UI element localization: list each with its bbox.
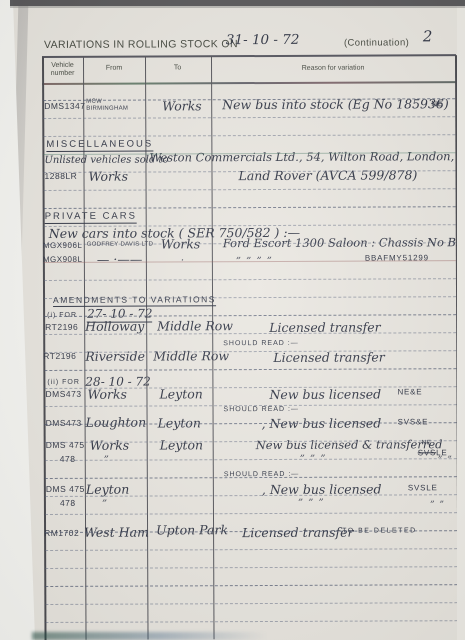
row-rule <box>45 584 457 587</box>
row-rule <box>45 476 457 479</box>
row-rule <box>44 206 456 209</box>
to-cell: Upton Park <box>156 523 228 536</box>
row-rule <box>44 278 456 281</box>
row-rule <box>45 512 457 515</box>
table-header-rule <box>42 81 456 85</box>
scan-content: VARIATIONS IN ROLLING STOCK ON 31- 10 - … <box>0 0 465 640</box>
vehicle-number: RT2196 <box>45 323 78 332</box>
scanned-ledger-page: VARIATIONS IN ROLLING STOCK ON 31- 10 - … <box>0 0 465 640</box>
vehicle-number: 1288LR <box>44 172 77 181</box>
vehicle-number: DMS1347 <box>44 102 85 111</box>
code-struck: SVS <box>418 448 436 457</box>
garage-code: SVSLE <box>408 484 438 493</box>
col-header-vehicle-1: Vehicle <box>42 62 83 70</box>
reason-cell: Licensed transfer <box>242 526 354 540</box>
section-heading-private-cars: PRIVATE CARS <box>45 212 137 224</box>
reason-ditto: ” ” ” <box>298 499 325 510</box>
reason-ditto: ” ” ” ” <box>236 257 273 268</box>
from-ditto-dash: — ·—— <box>97 253 143 266</box>
page-number: 2 <box>423 29 433 45</box>
from-cell: Leyton <box>86 483 129 496</box>
page-title: VARIATIONS IN ROLLING STOCK ON <box>44 39 238 51</box>
from-cell: Works <box>90 439 130 452</box>
from-ditto: ” <box>102 500 108 511</box>
garage-code: NE&E <box>397 388 422 396</box>
row-rule <box>44 368 456 371</box>
vehicle-number: DMS473 <box>45 390 81 399</box>
amendment-2-label: (ii) FOR <box>47 379 80 386</box>
to-cell: Middle Row <box>157 319 233 332</box>
continuation-label: (Continuation) <box>344 38 409 48</box>
scan-bottom-smudge <box>32 632 267 640</box>
col-header-vehicle-2: number <box>42 70 83 78</box>
reason-cell: New bus licensed <box>269 388 381 402</box>
reason-cell: Licensed transfer <box>273 350 385 364</box>
from-cell: BIRMINGHAM <box>86 106 128 112</box>
to-cell: Leyton <box>159 387 202 400</box>
section-heading-miscellaneous: MISCELLANEOUS <box>46 140 153 152</box>
reason-ditto: ” ” ” <box>300 455 327 466</box>
vehicle-number: RM1702 <box>44 529 79 538</box>
should-read-note: SHOULD READ :— <box>224 406 300 414</box>
col-header-from: From <box>83 65 145 73</box>
col-header-to: To <box>145 64 210 72</box>
vehicle-number: DMS 475 <box>46 485 85 494</box>
vehicle-number: MGX908L <box>43 256 83 265</box>
row-rule <box>45 548 457 551</box>
page-date: 31- 10 - 72 <box>226 33 300 47</box>
col-header-reason: Reason for variation <box>211 64 455 72</box>
row-rule <box>44 188 456 191</box>
code-ditto: ” ” <box>430 501 445 511</box>
from-cell: GODFREY DAVIS LTD <box>87 242 153 249</box>
row-rule <box>43 134 455 137</box>
from-cell: Loughton <box>86 416 147 429</box>
from-cell: Works <box>87 388 127 401</box>
should-read-note: SHOULD READ :— <box>223 340 299 348</box>
chassis-number: BBAFMY51299 <box>365 254 429 263</box>
vehicle-number-2: 478 <box>60 499 76 508</box>
row-rule <box>45 566 457 569</box>
from-ditto: ” <box>104 456 110 467</box>
row-rule <box>45 620 457 623</box>
to-cell: Leyton <box>160 438 203 451</box>
row-rule <box>45 602 457 605</box>
scan-right-margin <box>457 6 465 640</box>
garage-code: NE <box>431 100 444 108</box>
to-cell: Works <box>162 99 202 112</box>
vehicle-number: RT2196 <box>43 352 76 361</box>
table-top-border <box>42 54 456 57</box>
from-cell: Holloway <box>85 320 144 333</box>
row-rule <box>43 116 455 119</box>
scan-top-edge-shadow <box>10 6 465 8</box>
